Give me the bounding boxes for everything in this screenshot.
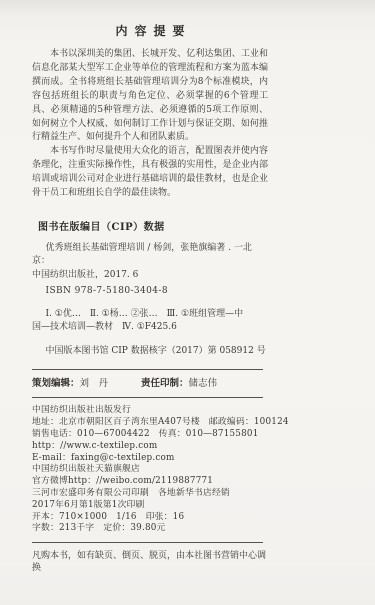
imprint-block: 中国纺织出版社出版发行 地址：北京市朝阳区百子湾东里A407号楼 邮政编码：10… [32, 405, 268, 535]
imprint-line-website: http：//www.c-textilep.com [32, 441, 268, 453]
cip-isbn: ISBN 978-7-5180-3404-8 [32, 285, 268, 299]
summary-paragraph-1: 本书以深圳美的集团、长城开发、亿利达集团、工业和信息化部某大型军工企业等单位的管… [32, 48, 268, 145]
imprint-line-format: 开本：710×1000 1/16 印张：16 [32, 512, 268, 524]
imprint-line-weibo: 官方微博http：//weibo.com/2119887771 [32, 476, 268, 488]
imprint-line-publisher: 中国纺织出版社出版发行 [32, 405, 268, 417]
summary-title: 内容提要 [32, 22, 268, 39]
imprint-line-address: 地址：北京市朝阳区百子湾东里A407号楼 邮政编码：100124 [32, 417, 268, 429]
imprint-line-tmall-store: 中国纺织出版社天猫旗舰店 [32, 464, 268, 476]
divider-bottom [32, 542, 263, 543]
replacement-notice: 凡购本书，如有缺页、倒页、脱页，由本社图书营销中心调换 [32, 550, 268, 574]
cip-heading: 图书在版编目（CIP）数据 [38, 218, 268, 233]
imprint-line-edition: 2017年6月第1版第1次印刷 [32, 500, 268, 512]
cip-classification-line-2: 国—技术培训—教材 Ⅳ. ①F425.6 [32, 321, 268, 335]
summary-paragraph-2: 本书写作时尽量使用大众化的语言，配置图表并使内容条理化，注重实际操作性，具有极强… [32, 145, 268, 201]
cip-record-number: 中国版本图书馆 CIP 数据核字（2017）第 058912 号 [32, 345, 268, 359]
planning-editor-name: 刘 丹 [80, 378, 109, 389]
cip-classification-line-1: Ⅰ. ①优… Ⅱ. ①杨… ②张… Ⅲ. ①班组管理—中 [32, 308, 268, 322]
imprint-line-printer: 三河市宏盛印务有限公司印刷 各地新华书店经销 [32, 488, 268, 500]
imprint-line-price: 字数：213千字 定价：39.80元 [32, 523, 268, 535]
divider-top [32, 369, 263, 370]
cip-entry-line-1: 优秀班组长基础管理培训 / 杨剑，张艳旗编著 . 一北京： [32, 242, 268, 269]
page-content-column: 内容提要 本书以深圳美的集团、长城开发、亿利达集团、工业和信息化部某大型军工企业… [32, 0, 268, 574]
divider-middle [32, 397, 263, 398]
imprint-line-phone: 销售电话：010—67004422 传真：010—87155801 [32, 429, 268, 441]
planning-editor-label: 策划编辑： [32, 378, 80, 389]
imprint-line-email: E-mail：faxing@c-textilep.com [32, 453, 268, 465]
cip-entry-line-2: 中国纺织出版社，2017. 6 [32, 269, 268, 283]
print-supervisor-name: 储志伟 [189, 378, 218, 389]
print-supervisor-label: 责任印制： [141, 378, 189, 389]
credits-row: 策划编辑：刘 丹责任印制：储志伟 [32, 378, 268, 390]
book-copyright-page: 内容提要 本书以深圳美的集团、长城开发、亿利达集团、工业和信息化部某大型军工企业… [0, 0, 375, 605]
